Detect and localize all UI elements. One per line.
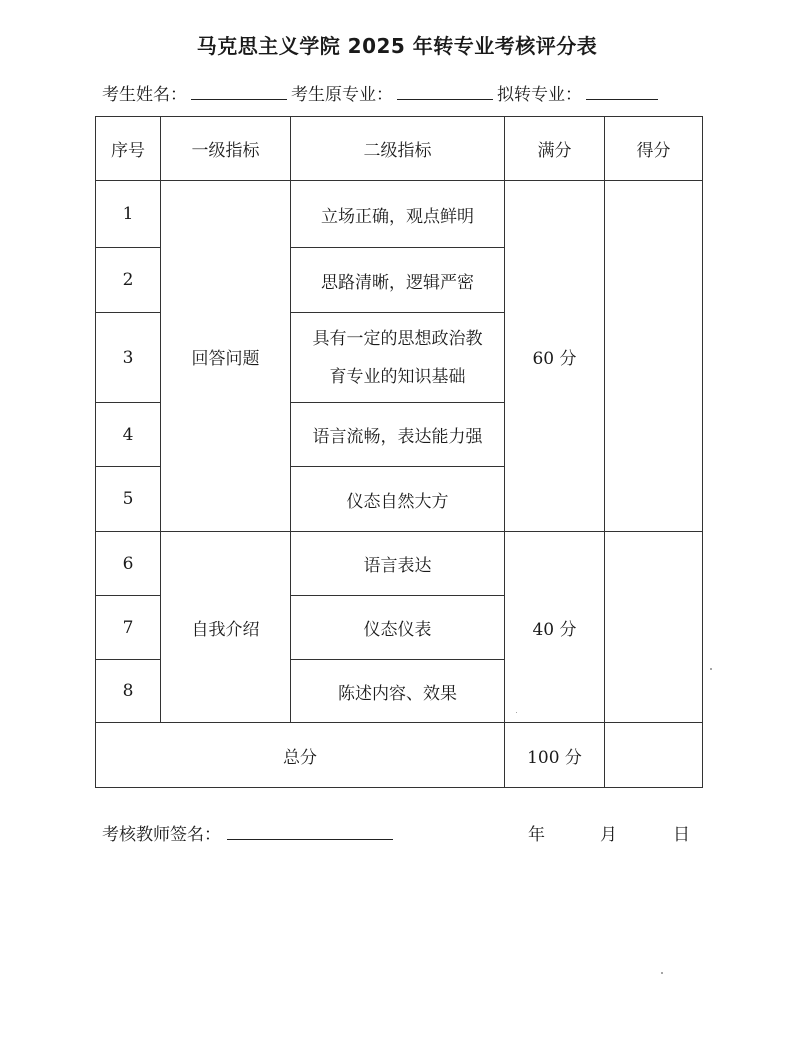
teacher-signature-field[interactable] bbox=[227, 821, 393, 840]
full-score-self-introduction: 40 分 bbox=[505, 532, 605, 723]
header-full-score: 满分 bbox=[505, 117, 605, 181]
level1-answer-questions: 回答问题 bbox=[161, 181, 291, 532]
candidate-name-label: 考生姓名： bbox=[102, 80, 187, 105]
total-score-cell[interactable] bbox=[605, 723, 703, 788]
header-score: 得分 bbox=[605, 117, 703, 181]
candidate-info-line: 考生姓名： 考生原专业： 拟转专业： bbox=[102, 80, 702, 105]
level2-item: 语言流畅，表达能力强 bbox=[291, 403, 505, 467]
level1-self-introduction: 自我介绍 bbox=[161, 532, 291, 723]
level2-item: 立场正确，观点鲜明 bbox=[291, 181, 505, 248]
table-row: 1 回答问题 立场正确，观点鲜明 60 分 bbox=[96, 181, 703, 248]
row-seq: 1 bbox=[96, 181, 161, 248]
score-table: 序号 一级指标 二级指标 满分 得分 1 回答问题 立场正确，观点鲜明 60 分… bbox=[95, 116, 703, 788]
score-cell-self-introduction[interactable] bbox=[605, 532, 703, 723]
score-cell-answer-questions[interactable] bbox=[605, 181, 703, 532]
table-header-row: 序号 一级指标 二级指标 满分 得分 bbox=[96, 117, 703, 181]
total-full-score: 100 分 bbox=[505, 723, 605, 788]
row-seq: 3 bbox=[96, 313, 161, 403]
level2-item: 思路清晰，逻辑严密 bbox=[291, 248, 505, 313]
header-level2: 二级指标 bbox=[291, 117, 505, 181]
row-seq: 7 bbox=[96, 596, 161, 660]
table-row: 6 自我介绍 语言表达 40 分 bbox=[96, 532, 703, 596]
day-label: 日 bbox=[673, 820, 690, 845]
header-level1: 一级指标 bbox=[161, 117, 291, 181]
level2-item: 仪态仪表 bbox=[291, 596, 505, 660]
total-label: 总分 bbox=[96, 723, 505, 788]
candidate-name-field[interactable] bbox=[191, 81, 287, 100]
year-label: 年 bbox=[528, 820, 545, 845]
teacher-signature-label: 考核教师签名： bbox=[102, 820, 221, 845]
level2-item-line2: 育专业的知识基础 bbox=[291, 358, 504, 396]
level2-item: 仪态自然大方 bbox=[291, 467, 505, 532]
page-title: 马克思主义学院 2025 年转专业考核评分表 bbox=[0, 30, 794, 59]
header-seq: 序号 bbox=[96, 117, 161, 181]
row-seq: 2 bbox=[96, 248, 161, 313]
level2-item: 语言表达 bbox=[291, 532, 505, 596]
level2-item: 具有一定的思想政治教 育专业的知识基础 bbox=[291, 313, 505, 403]
row-seq: 8 bbox=[96, 660, 161, 723]
original-major-label: 考生原专业： bbox=[291, 80, 393, 105]
total-row: 总分 100 分 bbox=[96, 723, 703, 788]
scan-speck bbox=[661, 972, 663, 974]
row-seq: 4 bbox=[96, 403, 161, 467]
row-seq: 5 bbox=[96, 467, 161, 532]
month-label: 月 bbox=[600, 820, 617, 845]
level2-item-line1: 具有一定的思想政治教 bbox=[291, 320, 504, 358]
full-score-answer-questions: 60 分 bbox=[505, 181, 605, 532]
scan-speck bbox=[516, 712, 517, 713]
target-major-label: 拟转专业： bbox=[497, 80, 582, 105]
original-major-field[interactable] bbox=[397, 81, 493, 100]
target-major-field[interactable] bbox=[586, 81, 658, 100]
level2-item: 陈述内容、效果 bbox=[291, 660, 505, 723]
row-seq: 6 bbox=[96, 532, 161, 596]
signature-line: 考核教师签名： bbox=[102, 820, 393, 845]
scan-speck bbox=[710, 668, 712, 670]
